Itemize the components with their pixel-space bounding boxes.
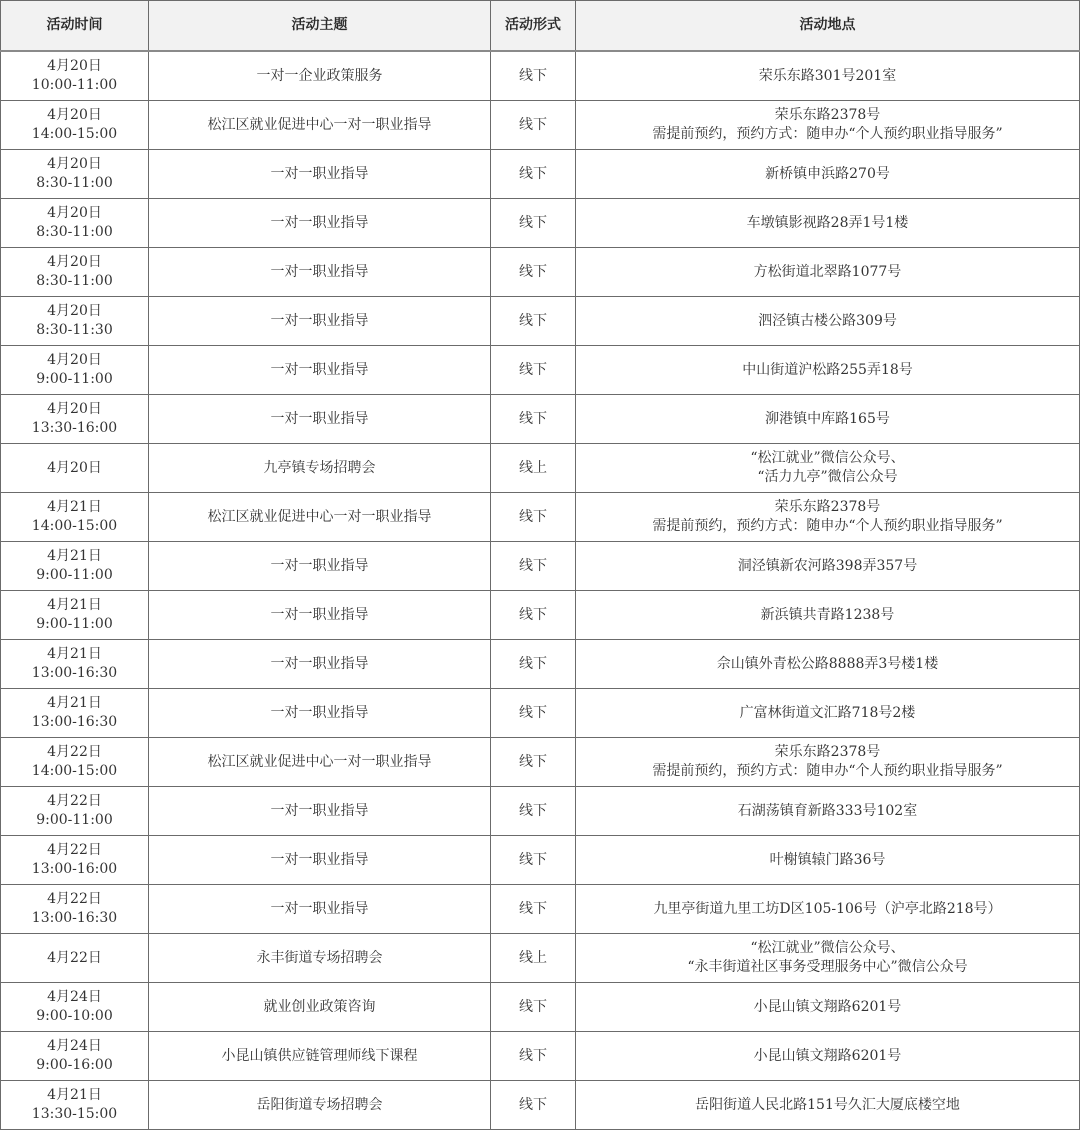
cell-place: 泖港镇中库路165号 [576,395,1080,444]
table-row: 4月20日13:30-16:00一对一职业指导线下泖港镇中库路165号 [1,395,1080,444]
activity-time-range: 9:00-16:00 [5,1056,144,1075]
activity-date: 4月20日 [5,106,144,125]
activity-date: 4月22日 [5,949,144,968]
place-line: 泗泾镇古楼公路309号 [580,312,1075,331]
cell-time: 4月21日13:00-16:30 [1,689,149,738]
cell-mode: 线下 [491,1081,576,1130]
cell-time: 4月22日9:00-11:00 [1,787,149,836]
place-line: 方松街道北翠路1077号 [580,263,1075,282]
activity-time-range: 13:00-16:00 [5,860,144,879]
cell-topic: 小昆山镇供应链管理师线下课程 [149,1032,491,1081]
cell-place: 洞泾镇新农河路398弄357号 [576,542,1080,591]
activity-time-range: 13:00-16:30 [5,664,144,683]
table-row: 4月20日8:30-11:00一对一职业指导线下新桥镇申浜路270号 [1,150,1080,199]
cell-place: “松江就业”微信公众号、“永丰街道社区事务受理服务中心”微信公众号 [576,934,1080,983]
activity-time-range: 9:00-11:00 [5,566,144,585]
activity-time-range: 13:00-16:30 [5,909,144,928]
cell-mode: 线下 [491,346,576,395]
cell-time: 4月20日8:30-11:30 [1,297,149,346]
cell-topic: 松江区就业促进中心一对一职业指导 [149,101,491,150]
activity-date: 4月20日 [5,351,144,370]
cell-time: 4月21日13:30-15:00 [1,1081,149,1130]
cell-time: 4月21日13:00-16:30 [1,640,149,689]
activity-time-range: 8:30-11:00 [5,272,144,291]
place-line: 佘山镇外青松公路8888弄3号楼1楼 [580,655,1075,674]
place-line: “松江就业”微信公众号、 [580,449,1075,468]
cell-topic: 一对一职业指导 [149,297,491,346]
table-row: 4月20日九亭镇专场招聘会线上“松江就业”微信公众号、“活力九亭”微信公众号 [1,444,1080,493]
place-line: 中山街道沪松路255弄18号 [580,361,1075,380]
place-line: 泖港镇中库路165号 [580,410,1075,429]
place-line: 小昆山镇文翔路6201号 [580,1047,1075,1066]
place-line: “松江就业”微信公众号、 [580,939,1075,958]
cell-time: 4月21日9:00-11:00 [1,542,149,591]
activity-time-range: 13:00-16:30 [5,713,144,732]
cell-place: 荣乐东路301号201室 [576,51,1080,101]
cell-mode: 线上 [491,934,576,983]
activity-time-range: 14:00-15:00 [5,762,144,781]
cell-topic: 一对一职业指导 [149,836,491,885]
activity-date: 4月24日 [5,1037,144,1056]
table-row: 4月21日14:00-15:00松江区就业促进中心一对一职业指导线下荣乐东路23… [1,493,1080,542]
cell-topic: 一对一职业指导 [149,885,491,934]
header-topic: 活动主题 [149,1,491,52]
cell-topic: 一对一职业指导 [149,787,491,836]
cell-mode: 线下 [491,1032,576,1081]
cell-time: 4月20日8:30-11:00 [1,248,149,297]
place-line: 九里亭街道九里工坊D区105-106号（沪亭北路218号） [580,900,1075,919]
cell-mode: 线下 [491,51,576,101]
cell-mode: 线下 [491,836,576,885]
cell-mode: 线下 [491,297,576,346]
cell-time: 4月20日13:30-16:00 [1,395,149,444]
activity-date: 4月20日 [5,155,144,174]
activity-time-range: 9:00-11:00 [5,615,144,634]
cell-topic: 一对一职业指导 [149,346,491,395]
table-row: 4月21日9:00-11:00一对一职业指导线下洞泾镇新农河路398弄357号 [1,542,1080,591]
cell-mode: 线下 [491,248,576,297]
cell-place: 新桥镇申浜路270号 [576,150,1080,199]
activity-time-range: 8:30-11:00 [5,174,144,193]
table-row: 4月20日9:00-11:00一对一职业指导线下中山街道沪松路255弄18号 [1,346,1080,395]
cell-topic: 九亭镇专场招聘会 [149,444,491,493]
cell-mode: 线上 [491,444,576,493]
table-row: 4月21日9:00-11:00一对一职业指导线下新浜镇共青路1238号 [1,591,1080,640]
cell-topic: 永丰街道专场招聘会 [149,934,491,983]
cell-topic: 岳阳街道专场招聘会 [149,1081,491,1130]
activity-date: 4月20日 [5,400,144,419]
cell-place: 中山街道沪松路255弄18号 [576,346,1080,395]
activity-date: 4月22日 [5,792,144,811]
activity-time-range: 9:00-11:00 [5,811,144,830]
table-row: 4月20日10:00-11:00一对一企业政策服务线下荣乐东路301号201室 [1,51,1080,101]
table-header: 活动时间 活动主题 活动形式 活动地点 [1,1,1080,52]
place-line: 石湖荡镇育新路333号102室 [580,802,1075,821]
cell-place: 新浜镇共青路1238号 [576,591,1080,640]
cell-time: 4月22日13:00-16:00 [1,836,149,885]
cell-place: 叶榭镇辕门路36号 [576,836,1080,885]
cell-time: 4月21日14:00-15:00 [1,493,149,542]
cell-topic: 一对一职业指导 [149,689,491,738]
table-row: 4月20日8:30-11:00一对一职业指导线下方松街道北翠路1077号 [1,248,1080,297]
place-line: 岳阳街道人民北路151号久汇大厦底楼空地 [580,1096,1075,1115]
activity-schedule-table: 活动时间 活动主题 活动形式 活动地点 4月20日10:00-11:00一对一企… [0,0,1080,1130]
cell-mode: 线下 [491,787,576,836]
cell-mode: 线下 [491,640,576,689]
table-row: 4月24日9:00-10:00就业创业政策咨询线下小昆山镇文翔路6201号 [1,983,1080,1032]
header-place: 活动地点 [576,1,1080,52]
table-row: 4月20日8:30-11:00一对一职业指导线下车墩镇影视路28弄1号1楼 [1,199,1080,248]
cell-place: 荣乐东路2378号需提前预约，预约方式：随申办“个人预约职业指导服务” [576,493,1080,542]
activity-date: 4月21日 [5,1086,144,1105]
activity-date: 4月21日 [5,694,144,713]
cell-time: 4月20日14:00-15:00 [1,101,149,150]
cell-place: 小昆山镇文翔路6201号 [576,1032,1080,1081]
cell-time: 4月22日14:00-15:00 [1,738,149,787]
activity-date: 4月21日 [5,596,144,615]
cell-topic: 就业创业政策咨询 [149,983,491,1032]
table-row: 4月21日13:00-16:30一对一职业指导线下佘山镇外青松公路8888弄3号… [1,640,1080,689]
place-line: 荣乐东路301号201室 [580,67,1075,86]
activity-date: 4月22日 [5,890,144,909]
activity-time-range: 14:00-15:00 [5,517,144,536]
header-row: 活动时间 活动主题 活动形式 活动地点 [1,1,1080,52]
activity-date: 4月20日 [5,302,144,321]
cell-place: 荣乐东路2378号需提前预约，预约方式：随申办“个人预约职业指导服务” [576,101,1080,150]
cell-topic: 松江区就业促进中心一对一职业指导 [149,738,491,787]
cell-time: 4月22日 [1,934,149,983]
activity-time-range: 9:00-10:00 [5,1007,144,1026]
table-row: 4月22日13:00-16:00一对一职业指导线下叶榭镇辕门路36号 [1,836,1080,885]
cell-topic: 一对一职业指导 [149,591,491,640]
place-line: “活力九亭”微信公众号 [580,468,1075,487]
cell-place: “松江就业”微信公众号、“活力九亭”微信公众号 [576,444,1080,493]
activity-date: 4月24日 [5,988,144,1007]
activity-date: 4月21日 [5,645,144,664]
cell-mode: 线下 [491,689,576,738]
cell-topic: 一对一职业指导 [149,542,491,591]
activity-time-range: 8:30-11:00 [5,223,144,242]
place-line: 广富林街道文汇路718号2楼 [580,704,1075,723]
cell-time: 4月20日 [1,444,149,493]
activity-date: 4月20日 [5,459,144,478]
activity-date: 4月20日 [5,253,144,272]
place-line: 需提前预约，预约方式：随申办“个人预约职业指导服务” [580,517,1075,536]
cell-place: 佘山镇外青松公路8888弄3号楼1楼 [576,640,1080,689]
place-line: “永丰街道社区事务受理服务中心”微信公众号 [580,958,1075,977]
cell-place: 石湖荡镇育新路333号102室 [576,787,1080,836]
header-time: 活动时间 [1,1,149,52]
activity-date: 4月20日 [5,204,144,223]
cell-place: 九里亭街道九里工坊D区105-106号（沪亭北路218号） [576,885,1080,934]
header-mode: 活动形式 [491,1,576,52]
table-body: 4月20日10:00-11:00一对一企业政策服务线下荣乐东路301号201室4… [1,51,1080,1130]
place-line: 荣乐东路2378号 [580,106,1075,125]
table-row: 4月22日13:00-16:30一对一职业指导线下九里亭街道九里工坊D区105-… [1,885,1080,934]
table-row: 4月20日14:00-15:00松江区就业促进中心一对一职业指导线下荣乐东路23… [1,101,1080,150]
cell-time: 4月20日8:30-11:00 [1,199,149,248]
cell-mode: 线下 [491,885,576,934]
activity-date: 4月21日 [5,498,144,517]
table-row: 4月21日13:30-15:00岳阳街道专场招聘会线下岳阳街道人民北路151号久… [1,1081,1080,1130]
cell-time: 4月20日10:00-11:00 [1,51,149,101]
table-row: 4月24日9:00-16:00小昆山镇供应链管理师线下课程线下小昆山镇文翔路62… [1,1032,1080,1081]
cell-place: 泗泾镇古楼公路309号 [576,297,1080,346]
activity-date: 4月20日 [5,57,144,76]
cell-topic: 一对一职业指导 [149,150,491,199]
place-line: 叶榭镇辕门路36号 [580,851,1075,870]
cell-place: 方松街道北翠路1077号 [576,248,1080,297]
place-line: 小昆山镇文翔路6201号 [580,998,1075,1017]
activity-date: 4月21日 [5,547,144,566]
cell-topic: 一对一职业指导 [149,640,491,689]
cell-time: 4月20日9:00-11:00 [1,346,149,395]
cell-mode: 线下 [491,493,576,542]
cell-mode: 线下 [491,150,576,199]
cell-time: 4月22日13:00-16:30 [1,885,149,934]
cell-topic: 一对一企业政策服务 [149,51,491,101]
cell-place: 荣乐东路2378号需提前预约，预约方式：随申办“个人预约职业指导服务” [576,738,1080,787]
cell-time: 4月21日9:00-11:00 [1,591,149,640]
cell-place: 广富林街道文汇路718号2楼 [576,689,1080,738]
activity-time-range: 14:00-15:00 [5,125,144,144]
cell-mode: 线下 [491,591,576,640]
activity-time-range: 8:30-11:30 [5,321,144,340]
cell-place: 车墩镇影视路28弄1号1楼 [576,199,1080,248]
cell-mode: 线下 [491,738,576,787]
activity-time-range: 13:30-15:00 [5,1105,144,1124]
cell-time: 4月24日9:00-10:00 [1,983,149,1032]
cell-mode: 线下 [491,101,576,150]
place-line: 需提前预约，预约方式：随申办“个人预约职业指导服务” [580,762,1075,781]
cell-mode: 线下 [491,983,576,1032]
table-row: 4月22日9:00-11:00一对一职业指导线下石湖荡镇育新路333号102室 [1,787,1080,836]
place-line: 需提前预约，预约方式：随申办“个人预约职业指导服务” [580,125,1075,144]
cell-topic: 一对一职业指导 [149,248,491,297]
activity-time-range: 13:30-16:00 [5,419,144,438]
cell-mode: 线下 [491,395,576,444]
cell-topic: 松江区就业促进中心一对一职业指导 [149,493,491,542]
cell-time: 4月20日8:30-11:00 [1,150,149,199]
cell-mode: 线下 [491,199,576,248]
activity-date: 4月22日 [5,841,144,860]
table-row: 4月22日14:00-15:00松江区就业促进中心一对一职业指导线下荣乐东路23… [1,738,1080,787]
place-line: 荣乐东路2378号 [580,743,1075,762]
activity-time-range: 9:00-11:00 [5,370,144,389]
cell-topic: 一对一职业指导 [149,395,491,444]
place-line: 洞泾镇新农河路398弄357号 [580,557,1075,576]
activity-date: 4月22日 [5,743,144,762]
place-line: 新浜镇共青路1238号 [580,606,1075,625]
cell-place: 岳阳街道人民北路151号久汇大厦底楼空地 [576,1081,1080,1130]
cell-time: 4月24日9:00-16:00 [1,1032,149,1081]
cell-mode: 线下 [491,542,576,591]
cell-topic: 一对一职业指导 [149,199,491,248]
table-row: 4月22日永丰街道专场招聘会线上“松江就业”微信公众号、“永丰街道社区事务受理服… [1,934,1080,983]
table-row: 4月20日8:30-11:30一对一职业指导线下泗泾镇古楼公路309号 [1,297,1080,346]
activity-time-range: 10:00-11:00 [5,76,144,95]
table-row: 4月21日13:00-16:30一对一职业指导线下广富林街道文汇路718号2楼 [1,689,1080,738]
cell-place: 小昆山镇文翔路6201号 [576,983,1080,1032]
place-line: 车墩镇影视路28弄1号1楼 [580,214,1075,233]
place-line: 新桥镇申浜路270号 [580,165,1075,184]
place-line: 荣乐东路2378号 [580,498,1075,517]
